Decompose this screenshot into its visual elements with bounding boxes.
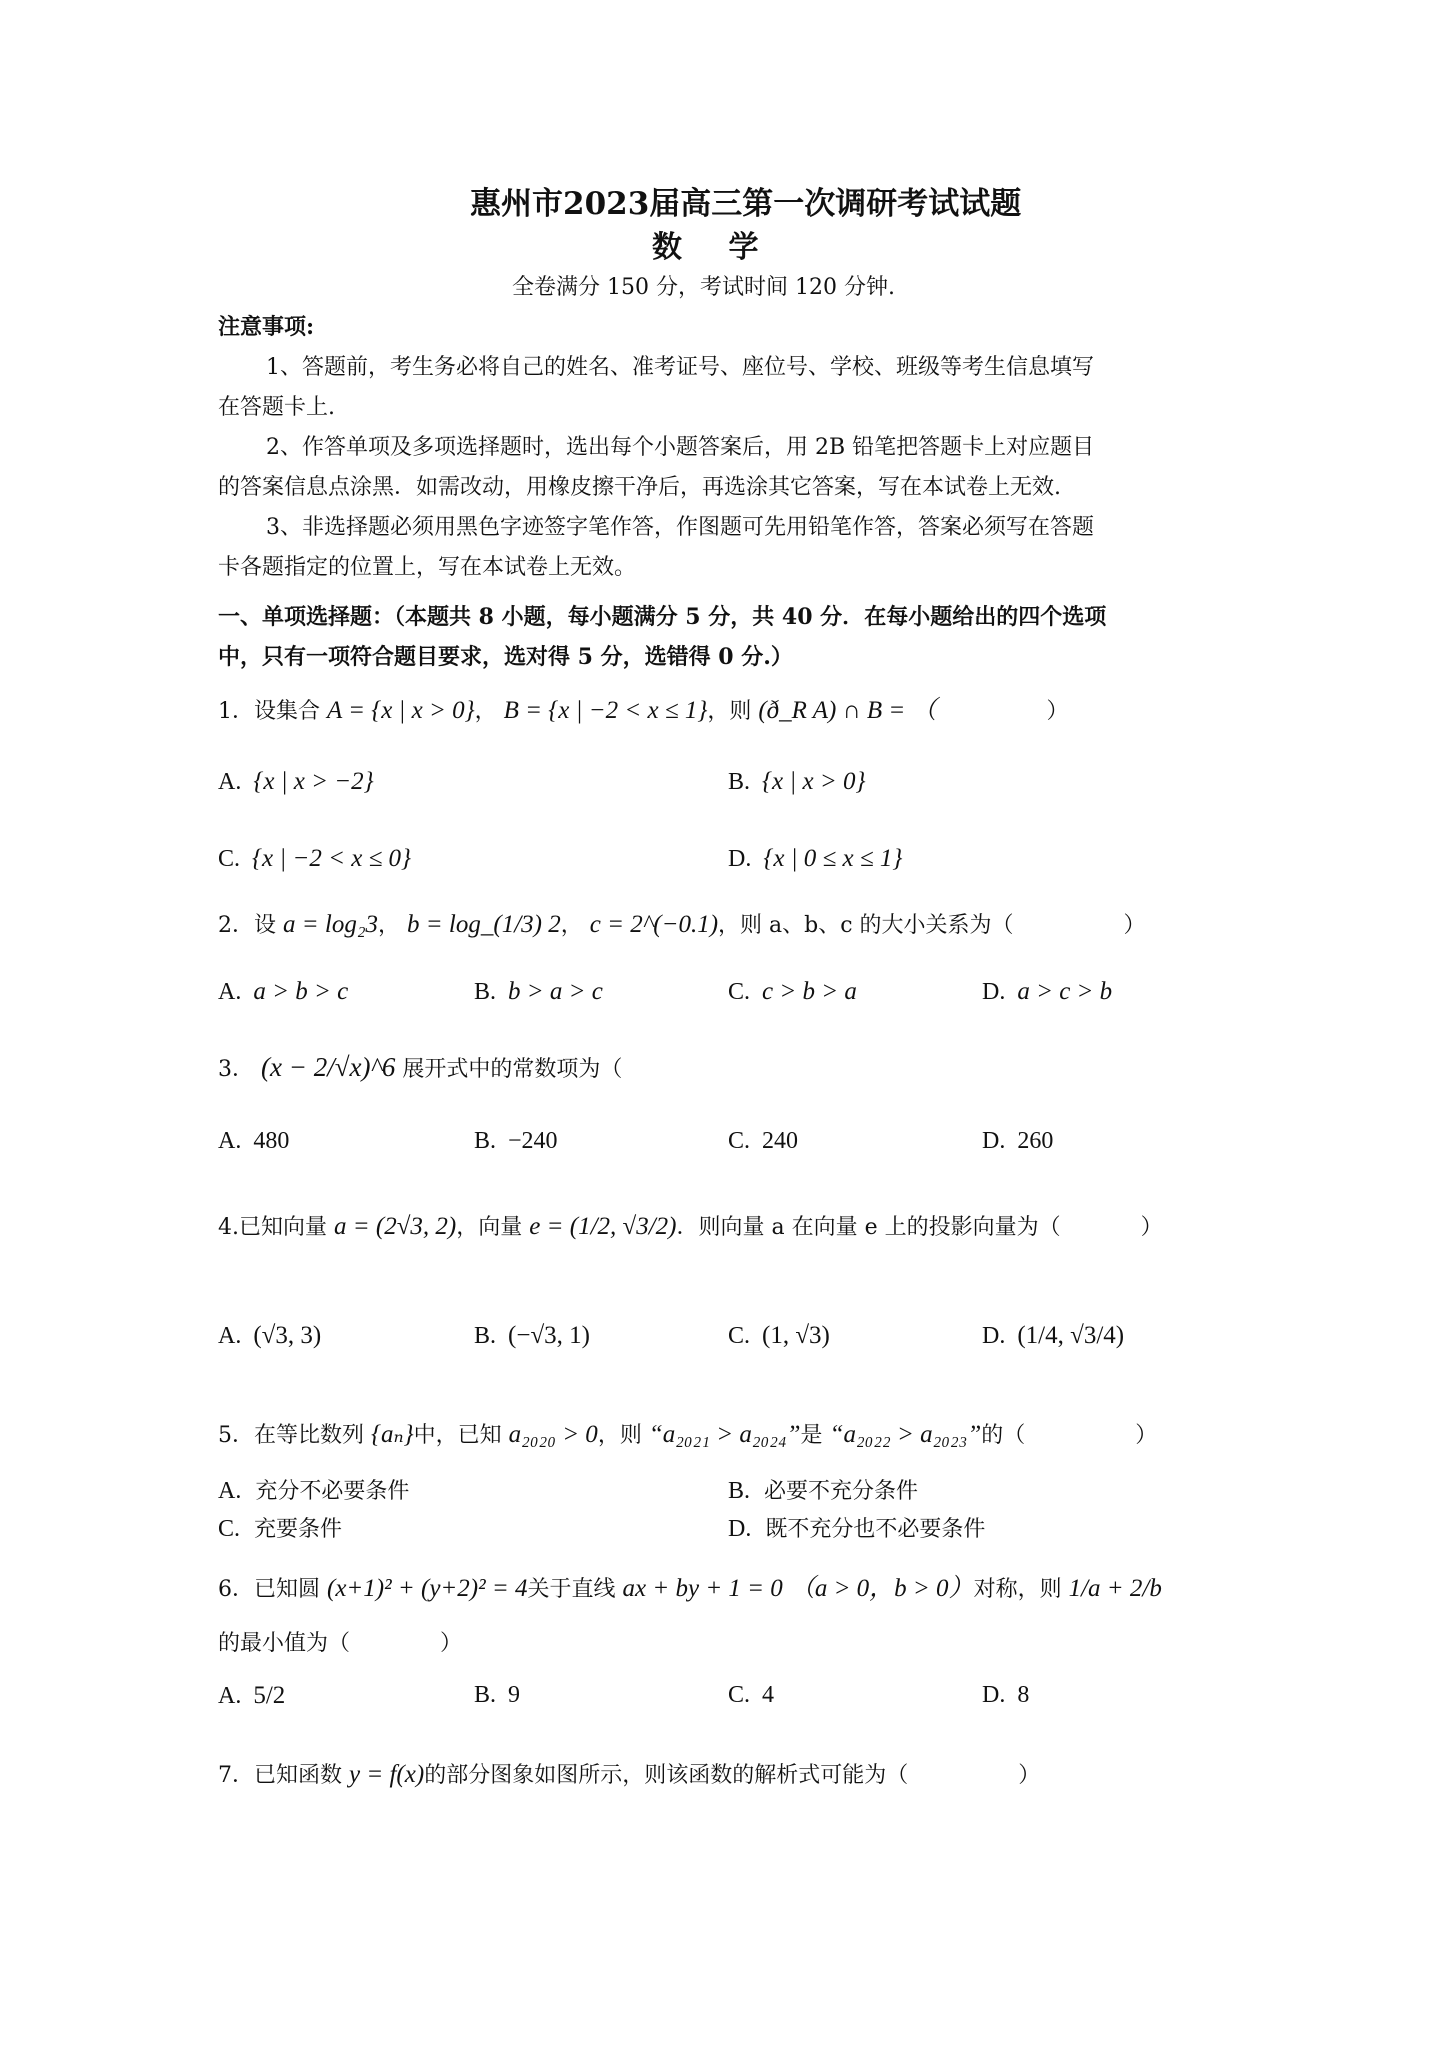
q3-option-d[interactable]: D. 260 (982, 1128, 1053, 1155)
option-label: A. (218, 979, 241, 1005)
q4-option-c[interactable]: C. (1, √3) (728, 1322, 830, 1350)
option-value: 5/2 (253, 1682, 285, 1709)
option-label: D. (728, 846, 751, 872)
q6-option-c[interactable]: C. 4 (728, 1682, 774, 1709)
q3-option-b[interactable]: B. −240 (474, 1128, 558, 1155)
q4-option-d[interactable]: D. (1/4, √3/4) (982, 1322, 1124, 1350)
q6-option-b[interactable]: B. 9 (474, 1682, 520, 1709)
option-value: a > c > b (1017, 978, 1112, 1005)
question-text-suffix: 的（ (981, 1423, 1025, 1448)
question-number: 7． (218, 1763, 254, 1788)
option-label: D. (982, 1128, 1005, 1154)
option-value: 480 (253, 1128, 289, 1154)
question-5: 5．在等比数列 {aₙ}中，已知 a₂₀₂₀ > 0，则 “a₂₀₂₁ > a₂… (218, 1418, 1157, 1449)
question-text-mid: ，向量 (456, 1215, 522, 1240)
option-label: D. (982, 1323, 1005, 1349)
condition-2: “a₂₀₂₂ > a₂₀₂₃” (830, 1421, 982, 1448)
option-label: C. (728, 1128, 750, 1154)
q3-option-c[interactable]: C. 240 (728, 1128, 798, 1155)
binomial-expression: (x − 2/√x)^6 (261, 1052, 395, 1082)
option-label: C. (728, 979, 750, 1005)
option-value: 9 (508, 1682, 520, 1708)
question-text: 已知函数 (254, 1763, 342, 1788)
option-label: C. (218, 846, 240, 872)
option-label: D. (982, 979, 1005, 1005)
option-value: {x | x > 0} (762, 768, 865, 795)
complement-expression: (ð_R A) ∩ B = （ (758, 697, 936, 724)
question-text: 展开式中的常数项为（ (402, 1057, 622, 1082)
answer-close-paren: ） (1141, 1215, 1163, 1240)
line-equation: ax + by + 1 = 0 (623, 1575, 783, 1602)
question-1: 1．设集合 A = {x | x > 0}， B = {x | −2 < x ≤… (218, 690, 1069, 726)
q1-option-a[interactable]: A. {x | x > −2} (218, 768, 374, 796)
vector-e-definition: e = (1/2, √3/2) (529, 1213, 676, 1240)
q2-option-b[interactable]: B. b > a > c (474, 978, 603, 1006)
option-value: 充分不必要条件 (255, 1479, 409, 1504)
option-value: (√3, 3) (253, 1322, 321, 1349)
option-label: A. (218, 1323, 241, 1349)
option-value: 充要条件 (254, 1517, 342, 1542)
option-value: {x | x > −2} (253, 768, 373, 795)
q5-option-c[interactable]: C. 充要条件 (218, 1512, 342, 1543)
option-value: c > b > a (762, 978, 857, 1005)
answer-close-paren: ） (1135, 1423, 1157, 1448)
a-definition: a = log₂3 (283, 911, 378, 938)
option-value: b > a > c (508, 978, 603, 1005)
option-value: 4 (762, 1682, 774, 1708)
option-value: 既不充分也不必要条件 (765, 1517, 985, 1542)
target-expression: 1/a + 2/b (1069, 1575, 1162, 1602)
answer-close-paren: ） (1047, 699, 1069, 724)
parameter-condition: （a > 0，b > 0） (790, 1575, 974, 1602)
question-text: 的最小值为（ (218, 1631, 350, 1656)
q6-option-a[interactable]: A. 5/2 (218, 1682, 285, 1710)
option-label: B. (474, 1128, 496, 1154)
option-label: A. (218, 1683, 241, 1709)
condition-1: “a₂₀₂₁ > a₂₀₂₄” (649, 1421, 801, 1448)
notice-item-2-cont: 的答案信息点涂黑．如需改动，用橡皮擦干净后，再选涂其它答案，写在本试卷上无效. (218, 470, 1061, 501)
option-value: (1/4, √3/4) (1017, 1322, 1124, 1349)
option-value: 260 (1017, 1128, 1053, 1154)
exam-title: 惠州市2023届高三第一次调研考试试题 (470, 178, 1021, 223)
option-value: 必要不充分条件 (764, 1479, 918, 1504)
question-number: 5． (218, 1423, 254, 1448)
question-text: 已知向量 (239, 1215, 327, 1240)
question-text-then: 对称，则 (974, 1577, 1062, 1602)
q6-option-d[interactable]: D. 8 (982, 1682, 1029, 1709)
q4-option-a[interactable]: A. (√3, 3) (218, 1322, 321, 1350)
section-heading-line2: 中，只有一项符合题目要求，选对得 5 分，选错得 0 分.） (218, 640, 793, 671)
question-number: 4. (218, 1215, 239, 1240)
question-text-suffix: ，则 a、b、c 的大小关系为（ (718, 913, 1014, 938)
q3-option-a[interactable]: A. 480 (218, 1128, 289, 1155)
question-6-line2: 的最小值为（） (218, 1626, 462, 1657)
option-value: 8 (1017, 1682, 1029, 1708)
subject-title: 数 学 (652, 222, 776, 266)
circle-equation: (x+1)² + (y+2)² = 4 (327, 1575, 527, 1602)
notice-item-1: 1、答题前，考生务必将自己的姓名、准考证号、座位号、学校、班级等考生信息填写 (266, 350, 1094, 381)
answer-close-paren: ） (1018, 1763, 1040, 1788)
q2-option-d[interactable]: D. a > c > b (982, 978, 1112, 1006)
question-7: 7．已知函数 y = f(x)的部分图象如图所示，则该函数的解析式可能为（） (218, 1758, 1040, 1789)
set-b-definition: B = {x | −2 < x ≤ 1} (504, 697, 708, 724)
question-connector: ，则 (707, 699, 751, 724)
option-value: (−√3, 1) (508, 1322, 590, 1349)
option-label: B. (728, 1478, 750, 1504)
q1-option-b[interactable]: B. {x | x > 0} (728, 768, 865, 796)
q1-option-d[interactable]: D. {x | 0 ≤ x ≤ 1} (728, 845, 902, 873)
question-text-is: 是 (801, 1423, 823, 1448)
option-value: 240 (762, 1128, 798, 1154)
q5-option-d[interactable]: D. 既不充分也不必要条件 (728, 1512, 985, 1543)
function-notation: y = f(x) (349, 1761, 424, 1788)
option-value: {x | −2 < x ≤ 0} (252, 845, 411, 872)
q1-option-c[interactable]: C. {x | −2 < x ≤ 0} (218, 845, 411, 873)
option-label: B. (474, 979, 496, 1005)
notice-item-3: 3、非选择题必须用黑色字迹签字笔作答，作图题可先用铅笔作答，答案必须写在答题 (266, 510, 1094, 541)
c-definition: c = 2^(−0.1) (590, 911, 718, 938)
given-condition: a₂₀₂₀ > 0 (509, 1421, 598, 1448)
question-text: 在等比数列 (254, 1423, 364, 1448)
question-number: 3． (218, 1057, 254, 1082)
option-value: {x | 0 ≤ x ≤ 1} (763, 845, 902, 872)
option-label: A. (218, 769, 241, 795)
question-text-suffix: ．则向量 a 在向量 e 上的投影向量为（ (677, 1215, 1061, 1240)
vector-a-definition: a = (2√3, 2) (334, 1213, 456, 1240)
option-value: a > b > c (253, 978, 348, 1005)
question-number: 6． (218, 1577, 254, 1602)
question-text: 设 (254, 913, 276, 938)
option-value: −240 (508, 1128, 558, 1154)
question-text: 设集合 (254, 699, 320, 724)
option-label: D. (982, 1682, 1005, 1708)
notice-heading: 注意事项: (218, 310, 314, 341)
option-label: B. (474, 1682, 496, 1708)
option-value: (1, √3) (762, 1322, 830, 1349)
option-label: C. (218, 1516, 240, 1542)
exam-meta: 全卷满分 150 分，考试时间 120 分钟. (512, 270, 895, 301)
answer-close-paren: ） (440, 1631, 462, 1656)
option-label: D. (728, 1516, 751, 1542)
question-text-mid: 关于直线 (527, 1577, 615, 1602)
option-label: B. (474, 1323, 496, 1349)
question-number: 2． (218, 913, 254, 938)
q2-option-c[interactable]: C. c > b > a (728, 978, 857, 1006)
option-label: C. (728, 1323, 750, 1349)
question-4: 4.已知向量 a = (2√3, 2)，向量 e = (1/2, √3/2)．则… (218, 1210, 1163, 1241)
q4-option-b[interactable]: B. (−√3, 1) (474, 1322, 590, 1350)
notice-item-1-cont: 在答题卡上. (218, 390, 335, 421)
option-label: C. (728, 1682, 750, 1708)
option-label: A. (218, 1128, 241, 1154)
q5-option-b[interactable]: B. 必要不充分条件 (728, 1474, 918, 1505)
question-3: 3． (x − 2/√x)^6 展开式中的常数项为（ (218, 1052, 622, 1083)
question-2: 2．设 a = log₂3， b = log_(1/3) 2， c = 2^(−… (218, 908, 1146, 939)
b-definition: b = log_(1/3) 2 (407, 911, 561, 938)
section-heading-line1: 一、单项选择题：（本题共 8 小题，每小题满分 5 分，共 40 分．在每小题给… (218, 600, 1106, 631)
question-text-then: ，则 (598, 1423, 642, 1448)
q5-option-a[interactable]: A. 充分不必要条件 (218, 1474, 409, 1505)
q2-option-a[interactable]: A. a > b > c (218, 978, 348, 1006)
sequence-notation: {aₙ} (371, 1421, 414, 1448)
question-number: 1． (218, 699, 254, 724)
question-6: 6．已知圆 (x+1)² + (y+2)² = 4关于直线 ax + by + … (218, 1568, 1162, 1604)
option-label: A. (218, 1478, 241, 1504)
answer-close-paren: ） (1124, 913, 1146, 938)
question-text-suffix: 的部分图象如图所示，则该函数的解析式可能为（ (424, 1763, 908, 1788)
notice-item-3-cont: 卡各题指定的位置上，写在本试卷上无效。 (218, 550, 636, 581)
question-text: 已知圆 (254, 1577, 320, 1602)
option-label: B. (728, 769, 750, 795)
notice-item-2: 2、作答单项及多项选择题时，选出每个小题答案后，用 2B 铅笔把答题卡上对应题目 (266, 430, 1094, 461)
question-text-mid: 中，已知 (414, 1423, 502, 1448)
set-a-definition: A = {x | x > 0} (327, 697, 475, 724)
